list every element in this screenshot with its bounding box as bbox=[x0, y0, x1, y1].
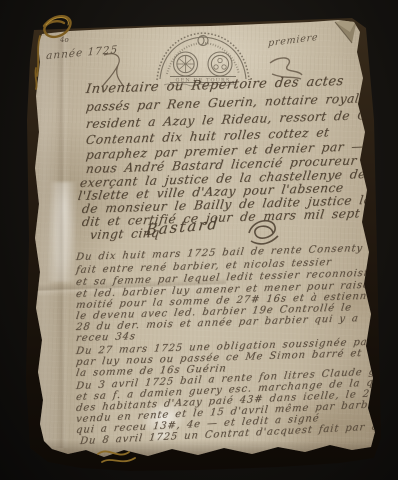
torn-edge-tint bbox=[378, 0, 398, 480]
binding-thread-icon bbox=[28, 10, 86, 94]
year-flourish-icon bbox=[96, 47, 130, 91]
signature-paraph-icon bbox=[243, 213, 283, 251]
manuscript-photo: GEN DE TOURS 4o année 1725 premiere Inve… bbox=[0, 0, 398, 480]
manuscript-line: receu 34s bbox=[75, 331, 136, 344]
folio-paraph-icon bbox=[264, 53, 308, 81]
folio-annotation: premiere bbox=[268, 32, 319, 49]
binding-thread-icon bbox=[94, 443, 140, 469]
